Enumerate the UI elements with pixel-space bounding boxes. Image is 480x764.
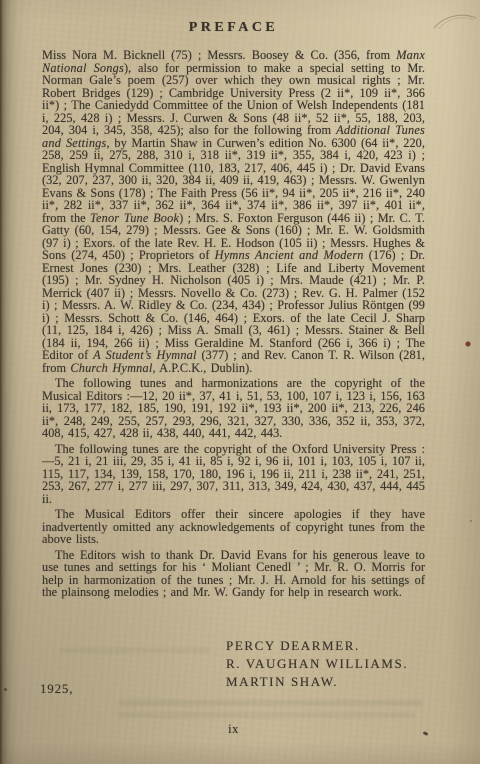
page-number: ix — [42, 722, 425, 737]
binding-gutter-shadow — [0, 0, 36, 764]
show-through-smudge — [118, 700, 423, 706]
date-line: 1925, — [40, 681, 73, 697]
paper-scratch — [432, 8, 478, 34]
show-through-smudge — [118, 712, 416, 718]
show-through-smudge — [60, 648, 210, 653]
show-through-smudge — [252, 580, 420, 585]
paragraph-oup-copyright: The following tunes are the copyright of… — [42, 443, 425, 506]
paper-speck — [4, 688, 7, 691]
signature-martin-shaw: MARTIN SHAW. — [226, 673, 408, 691]
paper-speck — [465, 341, 471, 347]
scanned-book-page: PREFACE Miss Nora M. Bicknell (75) ; Mes… — [0, 0, 480, 764]
signature-vaughan-williams: R. VAUGHAN WILLIAMS. — [226, 655, 408, 673]
paragraph-musical-editors-copyright: The following tunes and harmonizations a… — [42, 377, 425, 440]
paragraph-copyright-acknowledgements: Miss Nora M. Bicknell (75) ; Messrs. Boo… — [42, 49, 425, 374]
paper-speck — [470, 520, 472, 522]
paragraph-thanks: The Editors wish to thank Dr. David Evan… — [42, 549, 425, 599]
page-title: PREFACE — [42, 20, 425, 36]
text-block: PREFACE Miss Nora M. Bicknell (75) ; Mes… — [42, 20, 425, 602]
signature-block: PERCY DEARMER. R. VAUGHAN WILLIAMS. MART… — [226, 637, 408, 692]
paragraph-apologies: The Musical Editors offer their sincere … — [42, 508, 425, 546]
show-through-smudge — [252, 560, 420, 565]
signature-percy-dearmer: PERCY DEARMER. — [226, 637, 408, 655]
